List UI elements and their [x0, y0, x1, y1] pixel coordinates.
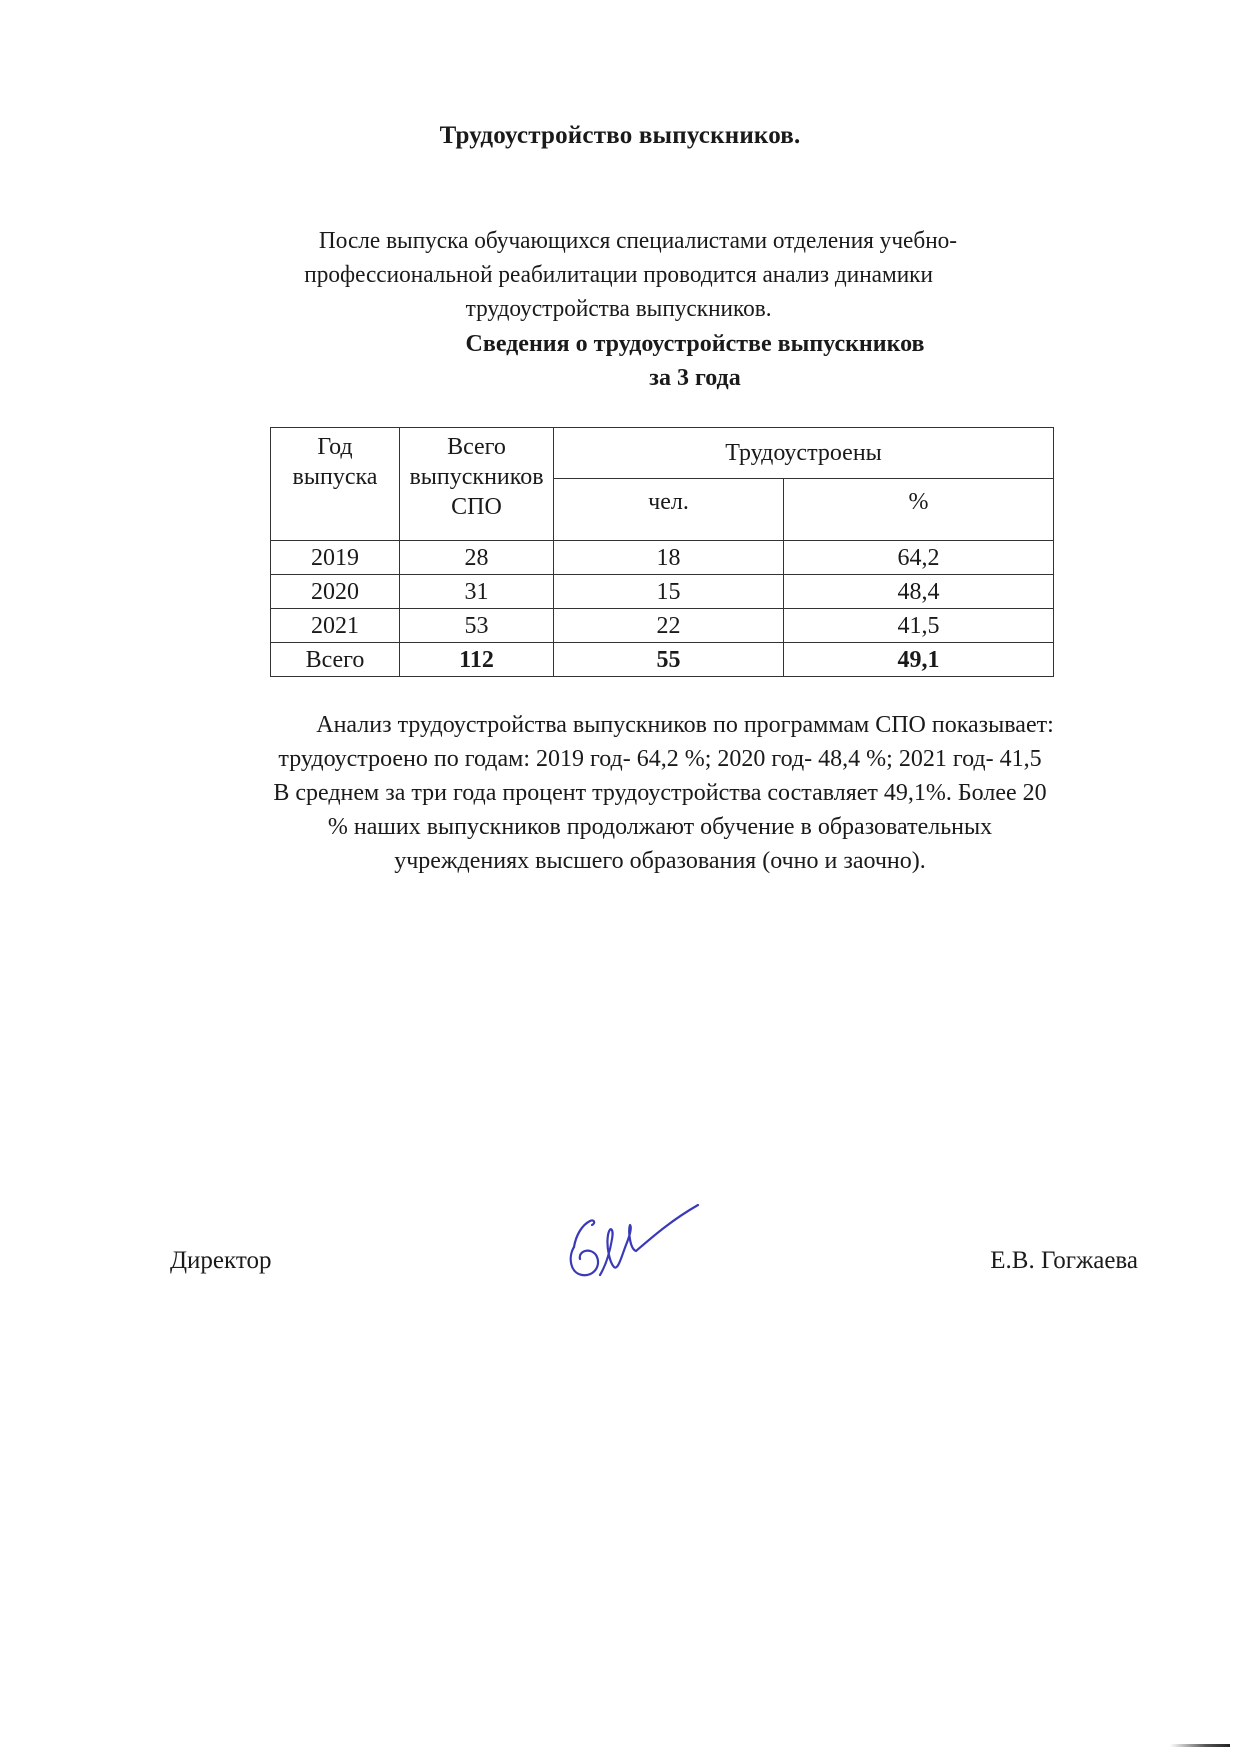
- table-totals-row: Всего 112 55 49,1: [271, 643, 1054, 677]
- analysis-line: трудоустроено по годам: 2019 год- 64,2 %…: [278, 746, 1041, 772]
- cell-year: 2019: [271, 541, 400, 575]
- document-title: Трудоустройство выпускников.: [0, 122, 1240, 150]
- signatory-name: Е.В. Гогжаева: [990, 1247, 1138, 1275]
- table-title-line: Сведения о трудоустройстве выпускников: [466, 331, 925, 357]
- cell-total: 28: [400, 541, 554, 575]
- table-row: 2020 31 15 48,4: [271, 575, 1054, 609]
- cell-percent: 64,2: [784, 541, 1054, 575]
- intro-line: профессиональной реабилитации проводится…: [304, 262, 933, 288]
- table-title: Сведения о трудоустройстве выпускников з…: [0, 327, 1240, 395]
- cell-employed: 18: [554, 541, 784, 575]
- cell-percent: 48,4: [784, 575, 1054, 609]
- header-employed-count: чел.: [554, 479, 784, 541]
- analysis-line: % наших выпускников продолжают обучение …: [328, 814, 992, 840]
- header-employed-percent: %: [784, 479, 1054, 541]
- intro-line: После выпуска обучающихся специалистами …: [319, 228, 957, 254]
- cell-totals-label: Всего: [271, 643, 400, 677]
- intro-line: трудоустройства выпускников.: [466, 296, 772, 322]
- cell-totals-total: 112: [400, 643, 554, 677]
- analysis-line: учреждениях высшего образования (очно и …: [394, 848, 926, 874]
- employment-table: Год выпуска Всего выпускников СПО Трудоу…: [270, 427, 1054, 677]
- cell-percent: 41,5: [784, 609, 1054, 643]
- cell-employed: 22: [554, 609, 784, 643]
- table-row: 2021 53 22 41,5: [271, 609, 1054, 643]
- cell-totals-percent: 49,1: [784, 643, 1054, 677]
- scan-artifact: [1170, 1744, 1230, 1747]
- header-year: Год выпуска: [271, 428, 400, 541]
- signatory-role: Директор: [170, 1247, 271, 1275]
- header-employed: Трудоустроены: [554, 428, 1054, 479]
- intro-paragraph: После выпуска обучающихся специалистами …: [250, 224, 987, 326]
- cell-total: 31: [400, 575, 554, 609]
- cell-total: 53: [400, 609, 554, 643]
- cell-totals-employed: 55: [554, 643, 784, 677]
- table-title-line: за 3 года: [649, 365, 740, 391]
- cell-year: 2020: [271, 575, 400, 609]
- document-page: Трудоустройство выпускников. После выпус…: [0, 0, 1240, 1755]
- handwritten-signature: [560, 1195, 710, 1285]
- analysis-line: Анализ трудоустройства выпускников по пр…: [316, 712, 1054, 738]
- cell-employed: 15: [554, 575, 784, 609]
- cell-year: 2021: [271, 609, 400, 643]
- analysis-line: В среднем за три года процент трудоустро…: [273, 780, 1046, 806]
- table-row: 2019 28 18 64,2: [271, 541, 1054, 575]
- analysis-paragraph: Анализ трудоустройства выпускников по пр…: [170, 708, 1150, 878]
- header-total-graduates: Всего выпускников СПО: [400, 428, 554, 541]
